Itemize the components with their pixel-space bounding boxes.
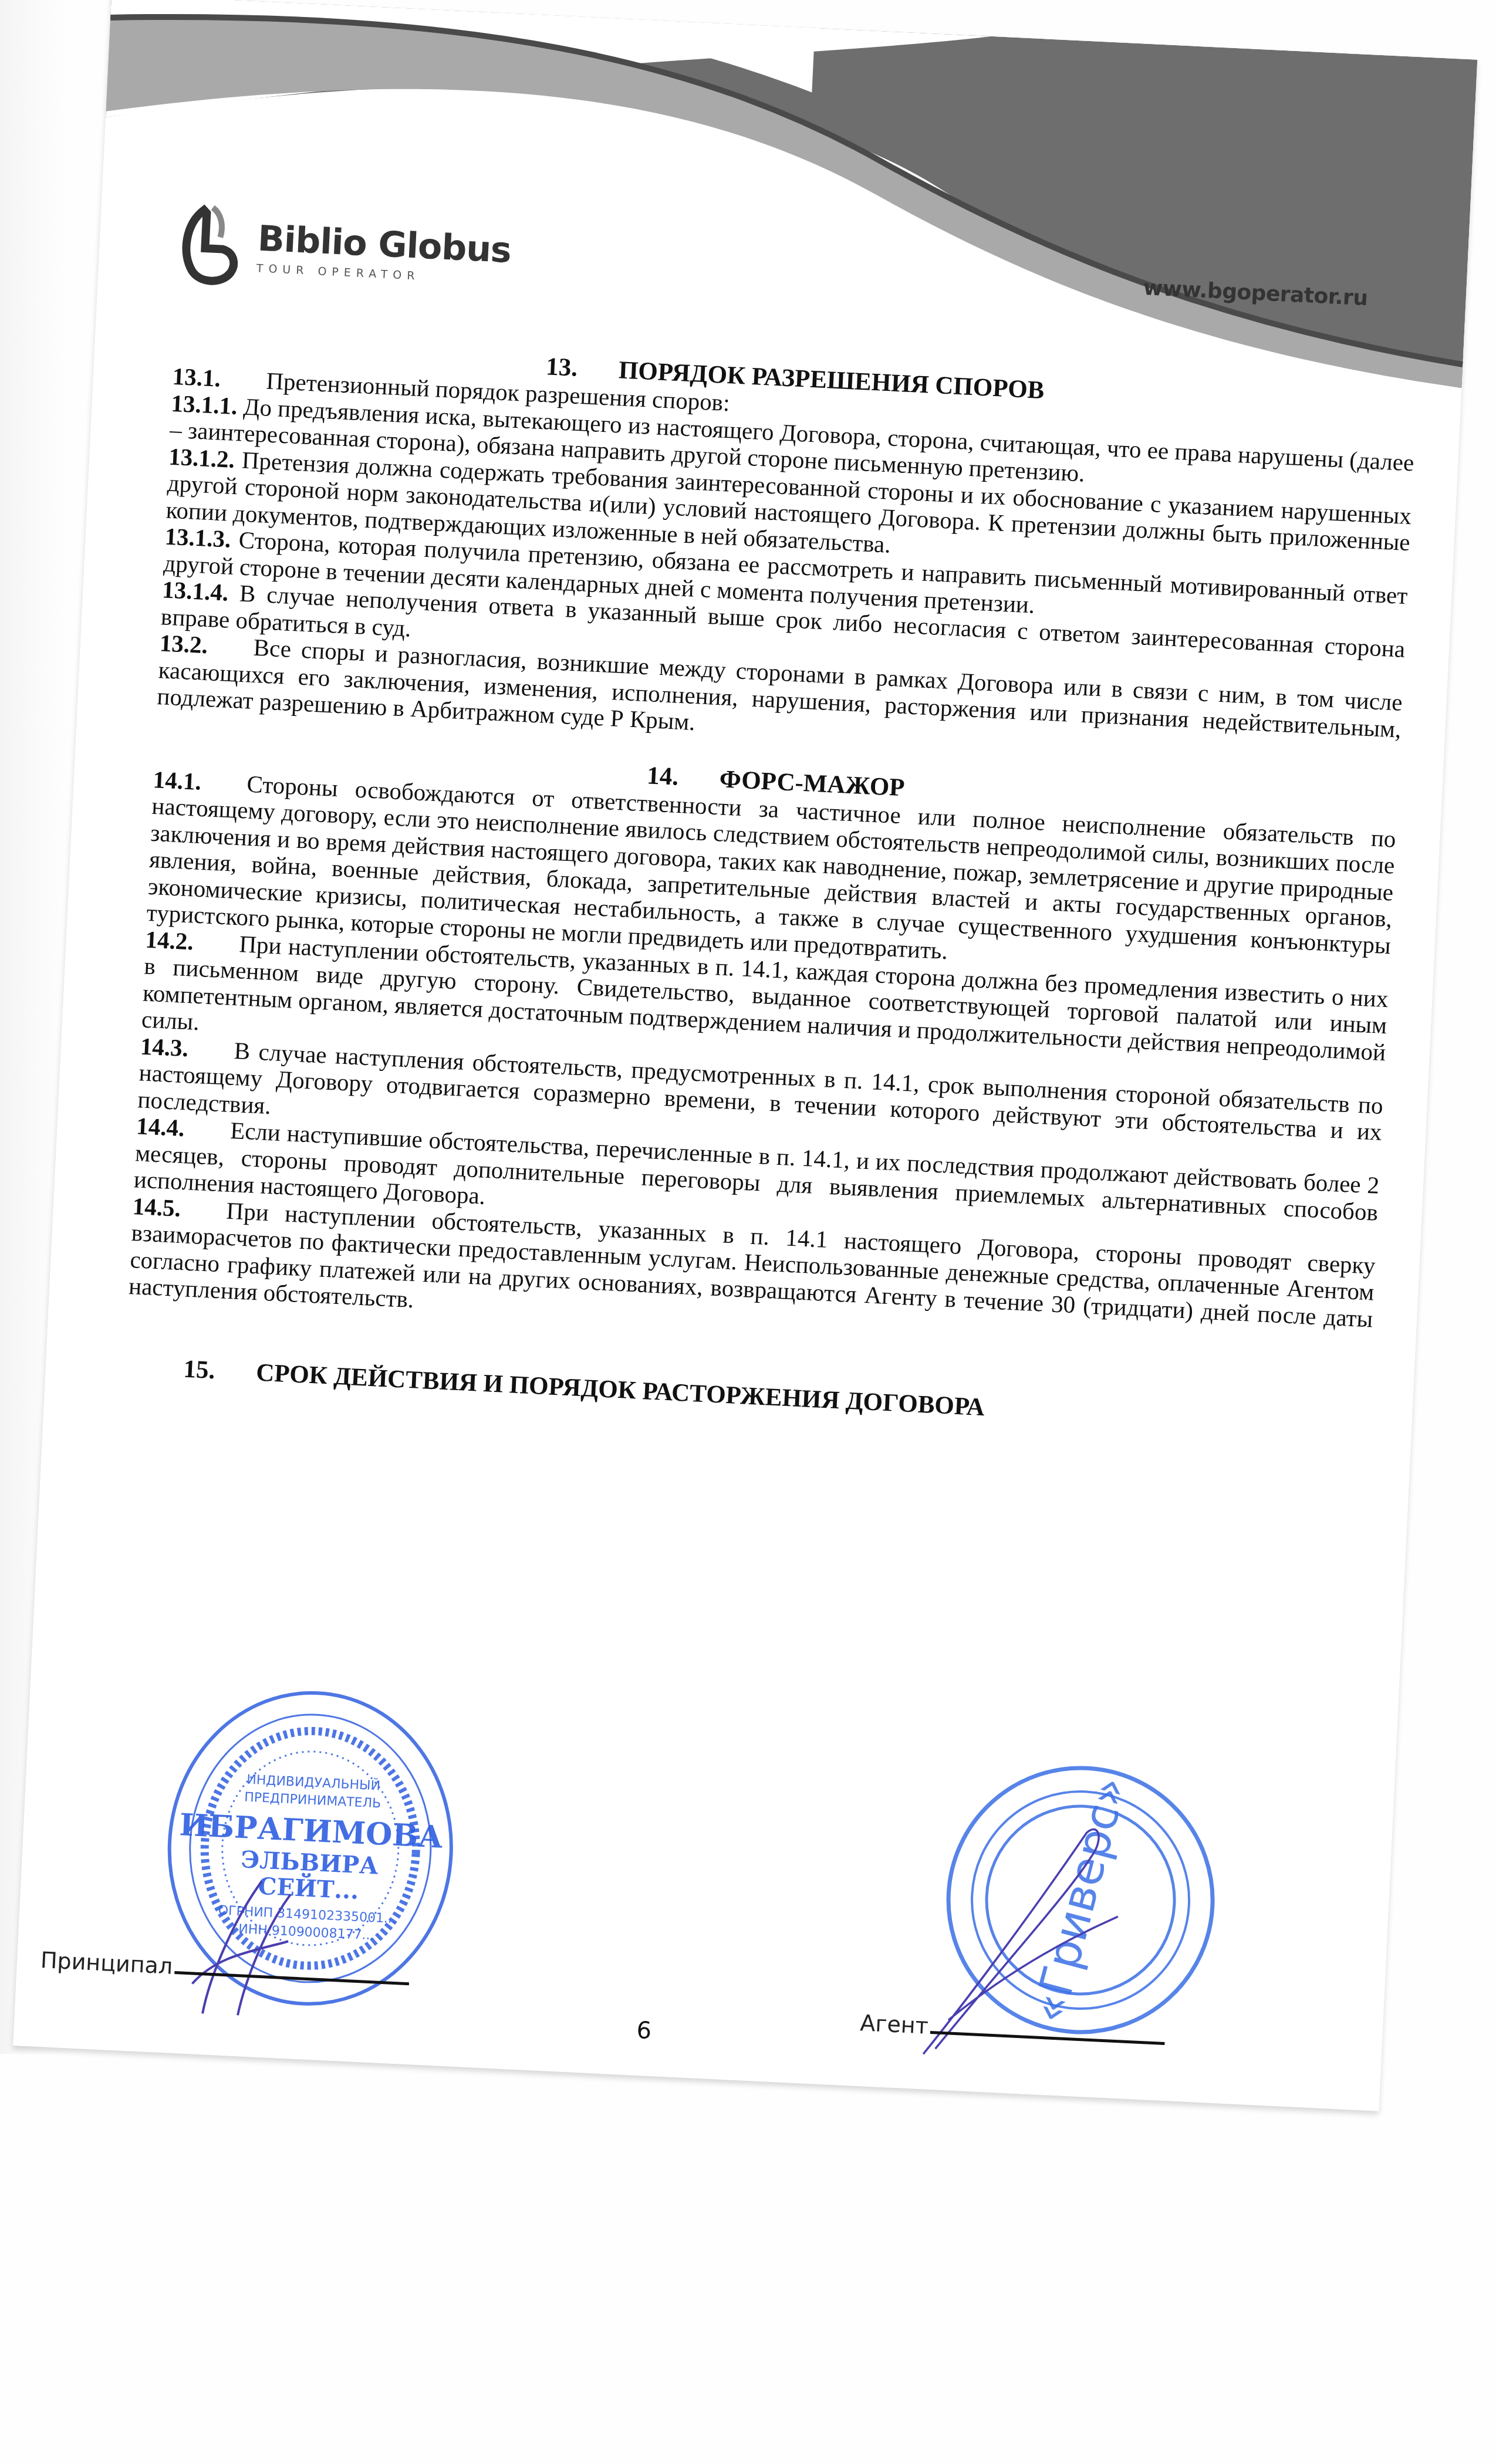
- page-number: 6: [636, 2017, 652, 2044]
- brand-name: Biblio Globus: [257, 221, 512, 268]
- document-page: Biblio Globus TOUR OPERATOR www.bgoperat…: [13, 0, 1477, 2111]
- document-body: 13.ПОРЯДОК РАЗРЕШЕНИЯ СПОРОВ 13.1.Претен…: [124, 335, 1417, 1440]
- stamp-line: ИНДИВИДУАЛЬНЫЙ: [246, 1772, 381, 1794]
- header-wave-graphic: [96, 0, 1477, 388]
- brand-logo: Biblio Globus TOUR OPERATOR: [177, 200, 512, 304]
- agent-signature-line: [930, 2031, 1165, 2045]
- section-number: 15.: [183, 1355, 216, 1384]
- agent-label: Агент: [860, 2010, 929, 2039]
- svg-text:ПРЕДПРИНИМАТЕЛЬ: ПРЕДПРИНИМАТЕЛЬ: [244, 1790, 381, 1811]
- agent-signature-field: Агент: [860, 2010, 1166, 2050]
- section-number: 13.: [545, 353, 578, 382]
- principal-signature-line: [174, 1971, 409, 1985]
- biblio-globus-logo-icon: [177, 200, 251, 292]
- svg-text:ИБРАГИМОВА: ИБРАГИМОВА: [178, 1807, 444, 1855]
- principal-label: Принципал: [40, 1947, 173, 1979]
- section-number: 14.: [646, 762, 679, 791]
